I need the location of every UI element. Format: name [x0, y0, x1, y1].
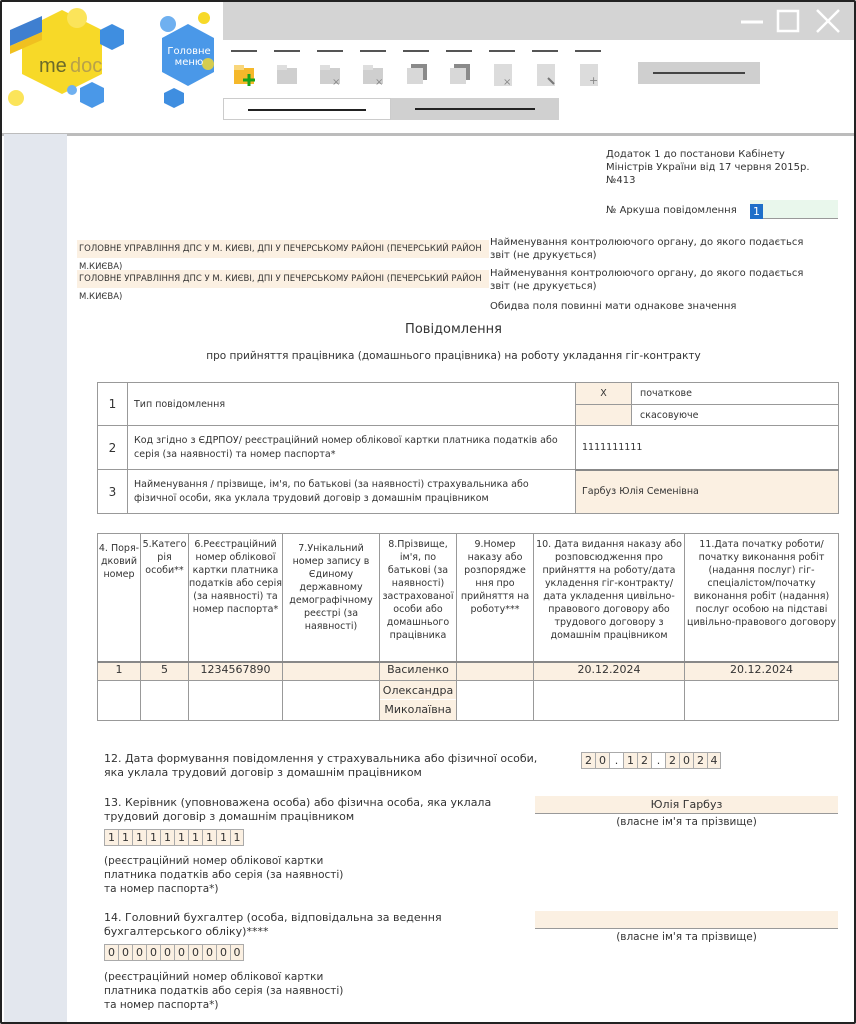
digit-cell[interactable]: 1	[188, 829, 202, 846]
toolbar-action-button[interactable]	[638, 62, 760, 84]
date-separator: .	[609, 752, 623, 769]
col-header-9: 9.Номер наказу або розпорядже ння про пр…	[457, 534, 534, 662]
digit-cell[interactable]: 0	[679, 752, 693, 769]
col-header-6: 6.Реєстраційний номер облікової картки п…	[189, 534, 283, 662]
digit-cell[interactable]: 0	[174, 944, 188, 961]
svg-text:+: +	[589, 74, 598, 86]
svg-text:×: ×	[375, 77, 383, 86]
minimize-icon	[739, 8, 765, 34]
copy-button[interactable]	[401, 50, 431, 90]
form-title: Повідомлення	[67, 322, 840, 337]
sheet-number-label: № Аркуша повідомлення	[606, 204, 737, 217]
row-3-num: 3	[98, 470, 128, 514]
appendix-note: Додаток 1 до постанови Кабінету Міністрі…	[606, 148, 816, 187]
row-1-label: Тип повідомлення	[128, 383, 576, 426]
item-12-label: 12. Дата формування повідомлення у страх…	[104, 752, 544, 780]
col-header-10: 10. Дата видання наказу або розповсюджен…	[534, 534, 685, 662]
document-area: Додаток 1 до постанови Кабінету Міністрі…	[67, 136, 840, 1022]
digit-cell[interactable]: 1	[104, 829, 118, 846]
copy-doc-icon-2	[448, 62, 472, 86]
header-table: 1 Тип повідомлення Х початкове скасовуюч…	[97, 382, 839, 514]
accountant-name-field[interactable]	[535, 911, 838, 929]
row-2-label: Код згідно з ЄДРПОУ/ реєстраційний номер…	[128, 426, 576, 470]
copy-button-2[interactable]	[444, 50, 474, 90]
authority-hint-2: Найменування контролюючого органу, до як…	[490, 267, 810, 293]
digit-cell[interactable]: 1	[146, 829, 160, 846]
sheet-number-input[interactable]: 1	[750, 200, 838, 219]
authority-field-1[interactable]: ГОЛОВНЕ УПРАВЛІННЯ ДПС У М. КИЄВІ, ДПІ У…	[77, 240, 489, 258]
authority-field-2[interactable]: ГОЛОВНЕ УПРАВЛІННЯ ДПС У М. КИЄВІ, ДПІ У…	[77, 270, 489, 288]
date-separator: .	[651, 752, 665, 769]
digit-cell[interactable]: 0	[202, 944, 216, 961]
manager-name-field[interactable]: Юлія Гарбуз	[535, 796, 838, 814]
accountant-id-cells[interactable]: 0000000000	[104, 944, 244, 961]
svg-text:me: me	[39, 55, 67, 77]
type-cancel-mark[interactable]	[576, 405, 632, 426]
type-initial-label: початкове	[632, 383, 839, 405]
maximize-icon	[775, 8, 801, 34]
digit-cell[interactable]: 0	[118, 944, 132, 961]
row-3-label: Найменування / прізвище, ім'я, по батько…	[128, 470, 576, 514]
start-date[interactable]: 20.12.2024	[685, 662, 839, 681]
type-cancel-label: скасовуюче	[632, 405, 839, 426]
digit-cell[interactable]: 1	[118, 829, 132, 846]
col-header-4: 4. Поря-дковий номер	[98, 534, 141, 662]
digit-cell[interactable]: 0	[132, 944, 146, 961]
authority-hint-1: Найменування контролюючого органу, до як…	[490, 236, 810, 262]
toolbar: × × × +	[223, 40, 854, 134]
close-button[interactable]	[815, 8, 841, 34]
both-fields-note: Обидва поля повинні мати однакове значен…	[490, 300, 736, 313]
delete-doc-icon: ×	[491, 62, 515, 86]
digit-cell[interactable]: 2	[665, 752, 679, 769]
form-subtitle: про прийняття працівника (домашнього пра…	[67, 350, 840, 362]
digit-cell[interactable]: 0	[230, 944, 244, 961]
delete-folder-icon-2: ×	[362, 62, 386, 86]
report-date-cells[interactable]: 20.12.2024	[581, 752, 721, 769]
type-initial-mark[interactable]: Х	[576, 383, 632, 405]
manager-id-cells[interactable]: 1111111111	[104, 829, 244, 846]
close-icon	[815, 8, 841, 34]
col-header-8: 8.Прізвище, ім'я, по батькові (за наявно…	[380, 534, 457, 662]
digit-cell[interactable]: 0	[216, 944, 230, 961]
employees-table: 4. Поря-дковий номер 5.Катего рія особи*…	[97, 533, 839, 721]
table-row: 1 5 1234567890 Василенко 20.12.2024 20.1…	[98, 662, 839, 681]
digit-cell[interactable]: 2	[693, 752, 707, 769]
digit-cell[interactable]: 1	[230, 829, 244, 846]
open-folder-icon	[276, 62, 300, 86]
digit-cell[interactable]: 0	[146, 944, 160, 961]
digit-cell[interactable]: 1	[623, 752, 637, 769]
employee-patronymic[interactable]: Миколаївна	[380, 700, 456, 720]
digit-cell[interactable]: 1	[216, 829, 230, 846]
delete-folder-icon: ×	[319, 62, 343, 86]
category[interactable]: 5	[141, 662, 189, 681]
sidebar	[4, 134, 67, 1022]
delete-button-2[interactable]: ×	[358, 50, 388, 90]
digit-cell[interactable]: 0	[188, 944, 202, 961]
item-13-label: 13. Керівник (уповноважена особа) або фі…	[104, 796, 524, 824]
digit-cell[interactable]: 1	[160, 829, 174, 846]
sheet-number-value: 1	[750, 204, 763, 219]
digit-cell[interactable]: 1	[132, 829, 146, 846]
unique-id[interactable]	[283, 662, 380, 681]
maximize-button[interactable]	[775, 8, 801, 34]
digit-cell[interactable]: 4	[707, 752, 721, 769]
logo-area: me doc Головне меню	[2, 2, 223, 134]
col-header-11: 11.Дата початку роботи/ початку виконанн…	[685, 534, 839, 662]
accountant-name-caption: (власне ім'я та прізвище)	[535, 931, 838, 943]
tab-1[interactable]	[223, 98, 391, 120]
employer-name-field[interactable]: Гарбуз Юлія Семенівна	[576, 470, 839, 514]
digit-cell[interactable]: 2	[581, 752, 595, 769]
edit-doc-button[interactable]	[530, 50, 560, 90]
digit-cell[interactable]: 0	[160, 944, 174, 961]
employee-tax-id[interactable]: 1234567890	[189, 662, 283, 681]
copy-doc-icon	[405, 62, 429, 86]
manager-id-caption: (реєстраційний номер облікової картки пл…	[104, 854, 354, 896]
row-num[interactable]: 1	[98, 662, 141, 681]
order-date[interactable]: 20.12.2024	[534, 662, 685, 681]
employee-first-name[interactable]: Олександра	[380, 681, 456, 700]
svg-text:×: ×	[503, 77, 511, 86]
tab-2[interactable]	[391, 98, 559, 120]
svg-text:doc: doc	[70, 55, 102, 77]
new-folder-icon	[233, 62, 257, 86]
delete-button[interactable]: ×	[315, 50, 345, 90]
svg-text:×: ×	[332, 77, 340, 86]
app-window: me doc Головне меню × ×	[0, 0, 856, 1024]
delete-doc-button[interactable]: ×	[487, 50, 517, 90]
tax-id-field[interactable]: 1111111111	[576, 426, 839, 470]
order-number[interactable]	[457, 662, 534, 681]
new-document-button[interactable]	[229, 50, 259, 90]
add-doc-button[interactable]: +	[573, 50, 603, 90]
title-bar	[223, 2, 854, 40]
item-14-label: 14. Головний бухгалтер (особа, відповіда…	[104, 911, 524, 939]
add-doc-icon: +	[577, 62, 601, 86]
main-menu-label[interactable]: Головне меню	[166, 46, 212, 68]
manager-name-caption: (власне ім'я та прізвище)	[535, 816, 838, 828]
employee-surname[interactable]: Василенко	[380, 662, 457, 681]
digit-cell[interactable]: 1	[202, 829, 216, 846]
open-button[interactable]	[272, 50, 302, 90]
digit-cell[interactable]: 1	[174, 829, 188, 846]
minimize-button[interactable]	[739, 8, 765, 34]
col-header-5: 5.Катего рія особи**	[141, 534, 189, 662]
accountant-id-caption: (реєстраційний номер облікової картки пл…	[104, 970, 354, 1012]
row-1-num: 1	[98, 383, 128, 426]
edit-doc-icon	[534, 62, 558, 86]
col-header-7: 7.Унікальний номер запису в Єдиному держ…	[283, 534, 380, 662]
digit-cell[interactable]: 0	[595, 752, 609, 769]
digit-cell[interactable]: 2	[637, 752, 651, 769]
row-2-num: 2	[98, 426, 128, 470]
digit-cell[interactable]: 0	[104, 944, 118, 961]
